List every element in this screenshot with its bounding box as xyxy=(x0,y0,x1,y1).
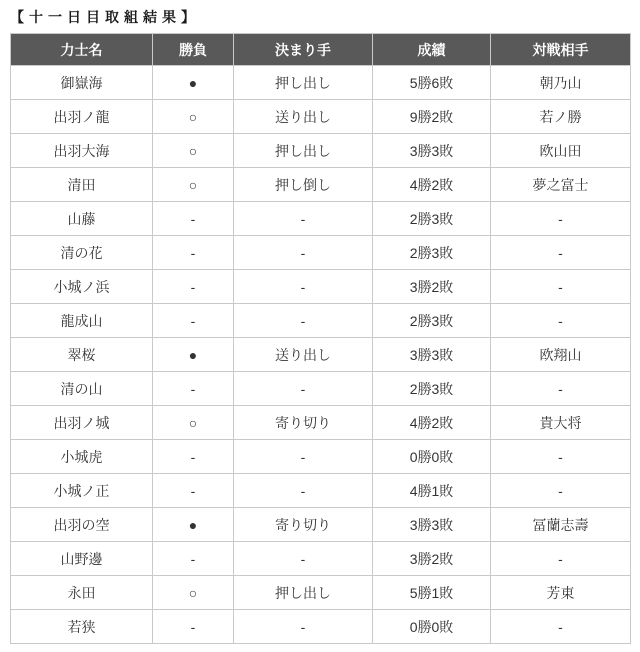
cell-record: 0勝0敗 xyxy=(373,440,491,474)
cell-record: 5勝1敗 xyxy=(373,576,491,610)
cell-kimarite: - xyxy=(234,542,373,576)
cell-opponent: 若ノ勝 xyxy=(491,100,631,134)
table-row: 山野邊--3勝2敗- xyxy=(11,542,631,576)
header-kimarite: 決まり手 xyxy=(234,34,373,66)
cell-opponent: - xyxy=(491,372,631,406)
table-row: 若狭--0勝0敗- xyxy=(11,610,631,644)
cell-record: 3勝3敗 xyxy=(373,134,491,168)
cell-result: - xyxy=(153,236,234,270)
cell-rikishi-name: 山野邊 xyxy=(11,542,153,576)
cell-rikishi-name: 永田 xyxy=(11,576,153,610)
cell-rikishi-name: 清田 xyxy=(11,168,153,202)
cell-kimarite: 押し出し xyxy=(234,66,373,100)
page-title: 【十一日目取組結果】 xyxy=(10,7,630,27)
cell-rikishi-name: 山藤 xyxy=(11,202,153,236)
cell-result: ● xyxy=(153,66,234,100)
cell-record: 2勝3敗 xyxy=(373,304,491,338)
cell-result: ○ xyxy=(153,100,234,134)
table-row: 出羽大海○押し出し3勝3敗欧山田 xyxy=(11,134,631,168)
cell-record: 9勝2敗 xyxy=(373,100,491,134)
table-row: 小城虎--0勝0敗- xyxy=(11,440,631,474)
cell-kimarite: 送り出し xyxy=(234,338,373,372)
cell-kimarite: 押し出し xyxy=(234,134,373,168)
cell-record: 2勝3敗 xyxy=(373,236,491,270)
table-row: 清田○押し倒し4勝2敗夢之富士 xyxy=(11,168,631,202)
cell-opponent: - xyxy=(491,542,631,576)
cell-kimarite: - xyxy=(234,270,373,304)
cell-opponent: - xyxy=(491,304,631,338)
cell-result: - xyxy=(153,440,234,474)
cell-kimarite: 送り出し xyxy=(234,100,373,134)
cell-result: ○ xyxy=(153,168,234,202)
header-record: 成績 xyxy=(373,34,491,66)
cell-result: - xyxy=(153,542,234,576)
table-header: 力士名 勝負 決まり手 成績 対戦相手 xyxy=(11,34,631,66)
cell-rikishi-name: 小城虎 xyxy=(11,440,153,474)
cell-opponent: 夢之富士 xyxy=(491,168,631,202)
table-row: 清の花--2勝3敗- xyxy=(11,236,631,270)
cell-rikishi-name: 小城ノ浜 xyxy=(11,270,153,304)
cell-opponent: - xyxy=(491,270,631,304)
cell-rikishi-name: 出羽ノ城 xyxy=(11,406,153,440)
cell-kimarite: 押し出し xyxy=(234,576,373,610)
cell-kimarite: - xyxy=(234,372,373,406)
table-row: 永田○押し出し5勝1敗芳東 xyxy=(11,576,631,610)
header-result: 勝負 xyxy=(153,34,234,66)
cell-result: - xyxy=(153,270,234,304)
cell-opponent: - xyxy=(491,440,631,474)
table-header-row: 力士名 勝負 決まり手 成績 対戦相手 xyxy=(11,34,631,66)
cell-kimarite: - xyxy=(234,236,373,270)
cell-result: - xyxy=(153,372,234,406)
cell-result: ○ xyxy=(153,134,234,168)
cell-record: 0勝0敗 xyxy=(373,610,491,644)
cell-opponent: - xyxy=(491,202,631,236)
cell-rikishi-name: 翠桜 xyxy=(11,338,153,372)
table-row: 出羽ノ城○寄り切り4勝2敗貴大将 xyxy=(11,406,631,440)
cell-rikishi-name: 清の花 xyxy=(11,236,153,270)
cell-record: 4勝1敗 xyxy=(373,474,491,508)
cell-record: 4勝2敗 xyxy=(373,406,491,440)
cell-rikishi-name: 出羽大海 xyxy=(11,134,153,168)
cell-kimarite: - xyxy=(234,440,373,474)
cell-result: - xyxy=(153,610,234,644)
table-row: 御嶽海●押し出し5勝6敗朝乃山 xyxy=(11,66,631,100)
cell-kimarite: - xyxy=(234,304,373,338)
cell-opponent: 貴大将 xyxy=(491,406,631,440)
cell-record: 3勝2敗 xyxy=(373,270,491,304)
header-rikishi-name: 力士名 xyxy=(11,34,153,66)
table-row: 清の山--2勝3敗- xyxy=(11,372,631,406)
cell-kimarite: - xyxy=(234,610,373,644)
cell-result: ● xyxy=(153,338,234,372)
results-table: 力士名 勝負 決まり手 成績 対戦相手 御嶽海●押し出し5勝6敗朝乃山出羽ノ龍○… xyxy=(10,33,631,644)
table-row: 小城ノ正--4勝1敗- xyxy=(11,474,631,508)
cell-result: - xyxy=(153,202,234,236)
cell-opponent: - xyxy=(491,474,631,508)
cell-rikishi-name: 御嶽海 xyxy=(11,66,153,100)
table-row: 翠桜●送り出し3勝3敗欧翔山 xyxy=(11,338,631,372)
cell-rikishi-name: 出羽の空 xyxy=(11,508,153,542)
cell-record: 3勝2敗 xyxy=(373,542,491,576)
cell-opponent: 冨蘭志壽 xyxy=(491,508,631,542)
cell-opponent: - xyxy=(491,610,631,644)
cell-rikishi-name: 出羽ノ龍 xyxy=(11,100,153,134)
cell-opponent: - xyxy=(491,236,631,270)
cell-opponent: 欧山田 xyxy=(491,134,631,168)
cell-record: 5勝6敗 xyxy=(373,66,491,100)
cell-record: 2勝3敗 xyxy=(373,202,491,236)
header-opponent: 対戦相手 xyxy=(491,34,631,66)
table-row: 山藤--2勝3敗- xyxy=(11,202,631,236)
cell-record: 4勝2敗 xyxy=(373,168,491,202)
table-row: 龍成山--2勝3敗- xyxy=(11,304,631,338)
cell-result: - xyxy=(153,474,234,508)
cell-result: - xyxy=(153,304,234,338)
table-row: 出羽ノ龍○送り出し9勝2敗若ノ勝 xyxy=(11,100,631,134)
cell-record: 3勝3敗 xyxy=(373,508,491,542)
cell-rikishi-name: 小城ノ正 xyxy=(11,474,153,508)
table-body: 御嶽海●押し出し5勝6敗朝乃山出羽ノ龍○送り出し9勝2敗若ノ勝出羽大海○押し出し… xyxy=(11,66,631,644)
cell-rikishi-name: 龍成山 xyxy=(11,304,153,338)
cell-kimarite: 寄り切り xyxy=(234,406,373,440)
cell-record: 3勝3敗 xyxy=(373,338,491,372)
cell-result: ○ xyxy=(153,576,234,610)
cell-kimarite: - xyxy=(234,474,373,508)
table-row: 出羽の空●寄り切り3勝3敗冨蘭志壽 xyxy=(11,508,631,542)
cell-opponent: 朝乃山 xyxy=(491,66,631,100)
cell-opponent: 欧翔山 xyxy=(491,338,631,372)
cell-kimarite: - xyxy=(234,202,373,236)
table-row: 小城ノ浜--3勝2敗- xyxy=(11,270,631,304)
cell-result: ● xyxy=(153,508,234,542)
cell-kimarite: 寄り切り xyxy=(234,508,373,542)
cell-record: 2勝3敗 xyxy=(373,372,491,406)
cell-rikishi-name: 清の山 xyxy=(11,372,153,406)
cell-rikishi-name: 若狭 xyxy=(11,610,153,644)
cell-kimarite: 押し倒し xyxy=(234,168,373,202)
cell-opponent: 芳東 xyxy=(491,576,631,610)
cell-result: ○ xyxy=(153,406,234,440)
